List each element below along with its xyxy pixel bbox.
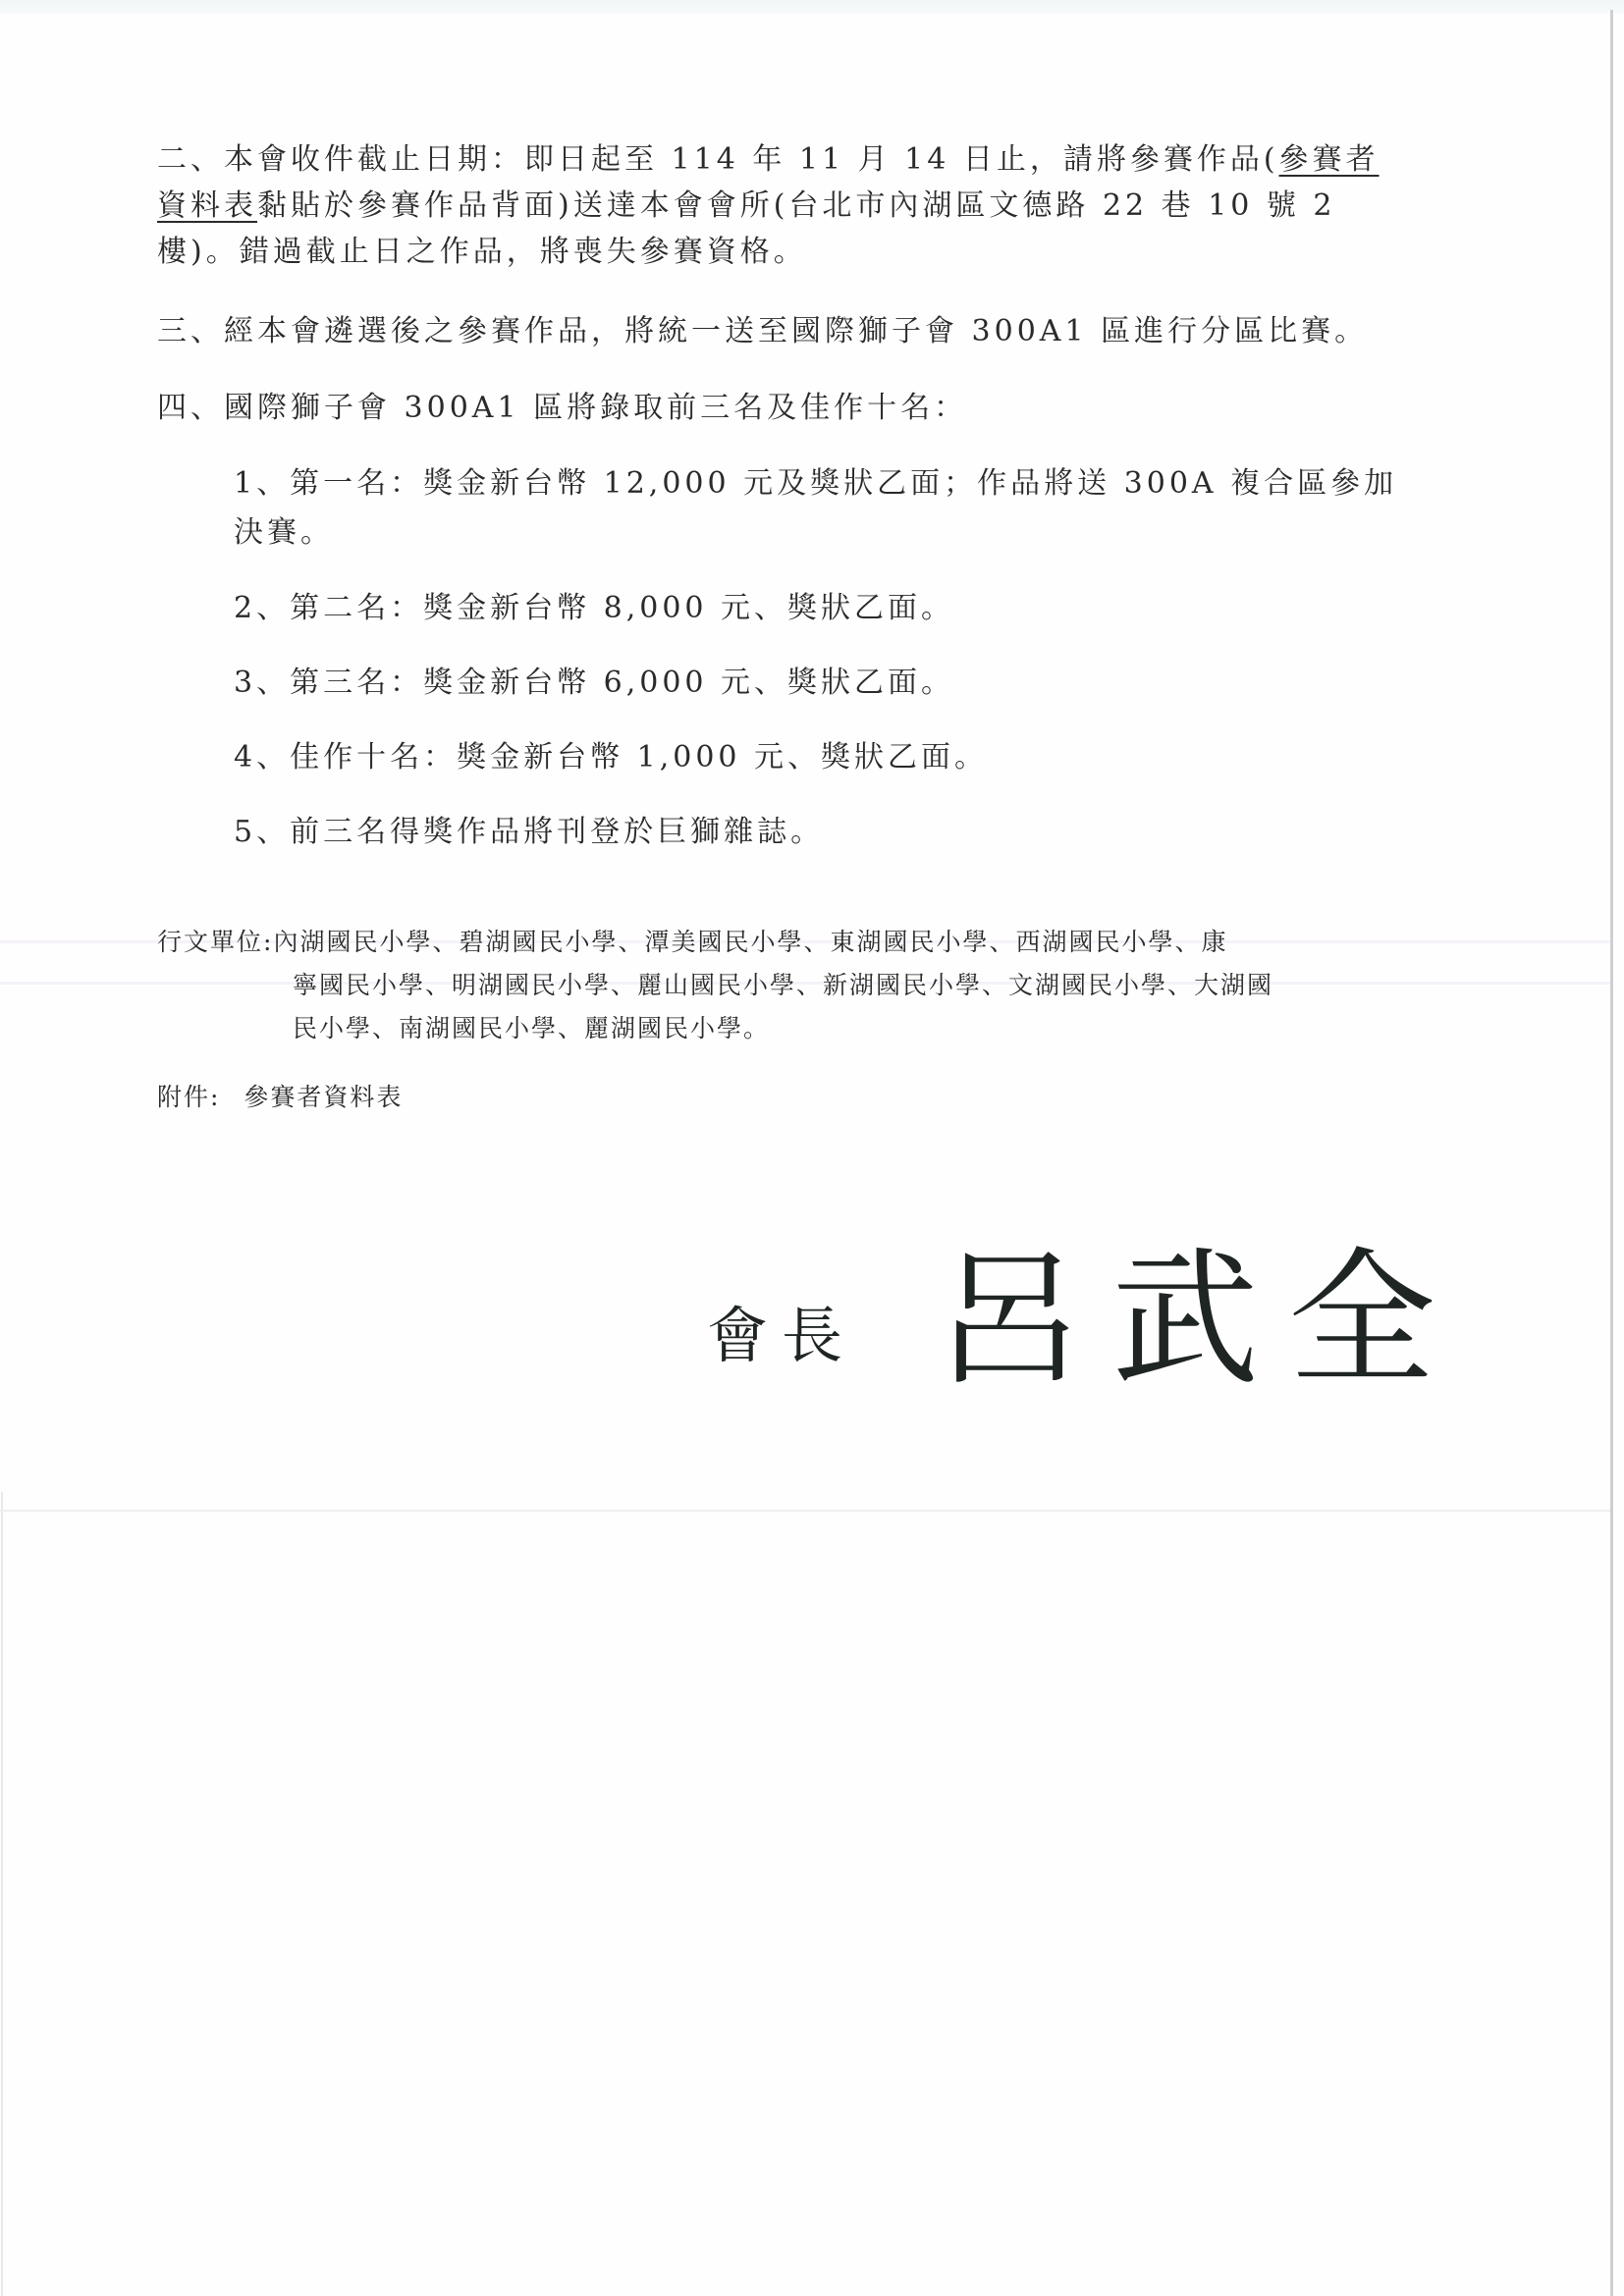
section-2-line-2: 資料表黏貼於參賽作品背面)送達本會會所(台北市內湖區文德路 22 巷 10 號 … [157, 184, 1336, 229]
page-edge-left [1, 1492, 3, 2296]
recipients-line-1: 行文單位:內湖國民小學、碧湖國民小學、潭美國民小學、東湖國民小學、西湖國民小學、… [157, 921, 1227, 964]
recipients-line-3: 民小學、南湖國民小學、麗湖國民小學。 [293, 1007, 770, 1050]
signature-block: 會長 呂武全 [707, 1217, 1465, 1414]
attachment-line: 附件: 參賽者資料表 [157, 1076, 403, 1119]
attachment-value: 參賽者資料表 [244, 1083, 403, 1111]
prize-item-1: 1、第一名：獎金新台幣 12,000 元及獎狀乙面；作品將送 300A 複合區參… [234, 461, 1397, 507]
recipients-label: 行文單位: [157, 928, 273, 956]
document-page: 二、本會收件截止日期：即日起至 114 年 11 月 14 日止，請將參賽作品(… [0, 0, 1624, 2296]
signature-title: 會長 [707, 1287, 856, 1374]
prize-item-5: 5、前三名得獎作品將刊登於巨獅雜誌。 [234, 810, 824, 855]
signature-name: 呂武全 [935, 1247, 1465, 1394]
fold-line [0, 1510, 1610, 1512]
recipients-list: 內湖國民小學、碧湖國民小學、潭美國民小學、東湖國民小學、西湖國民小學、康 [273, 928, 1227, 956]
prize-item-1-cont: 決賽。 [234, 510, 334, 556]
section-2-text: 黏貼於參賽作品背面)送達本會會所(台北市內湖區文德路 22 巷 10 號 2 [257, 188, 1336, 223]
prize-item-2: 2、第二名：獎金新台幣 8,000 元、獎狀乙面。 [234, 586, 954, 631]
page-edge-right [1610, 10, 1613, 2296]
attachment-label: 附件: [157, 1083, 220, 1111]
prize-item-3: 3、第三名：獎金新台幣 6,000 元、獎狀乙面。 [234, 661, 954, 706]
section-2-text: 二、本會收件截止日期：即日起至 114 年 11 月 14 日止，請將參賽作品( [157, 142, 1279, 177]
section-3: 三、經本會遴選後之參賽作品，將統一送至國際獅子會 300A1 區進行分區比賽。 [157, 309, 1368, 354]
section-2-line-1: 二、本會收件截止日期：即日起至 114 年 11 月 14 日止，請將參賽作品(… [157, 137, 1380, 183]
scan-artifact-top [0, 0, 1624, 14]
section-4-heading: 四、國際獅子會 300A1 區將錄取前三名及佳作十名： [157, 386, 967, 431]
recipients-line-2: 寧國民小學、明湖國民小學、麗山國民小學、新湖國民小學、文湖國民小學、大湖國 [293, 964, 1273, 1007]
underlined-form-name: 參賽者 [1279, 142, 1380, 177]
section-2-line-3: 樓)。錯過截止日之作品，將喪失參賽資格。 [157, 230, 807, 275]
prize-item-4: 4、佳作十名：獎金新台幣 1,000 元、獎狀乙面。 [234, 735, 988, 780]
underlined-form-name: 資料表 [157, 188, 257, 223]
